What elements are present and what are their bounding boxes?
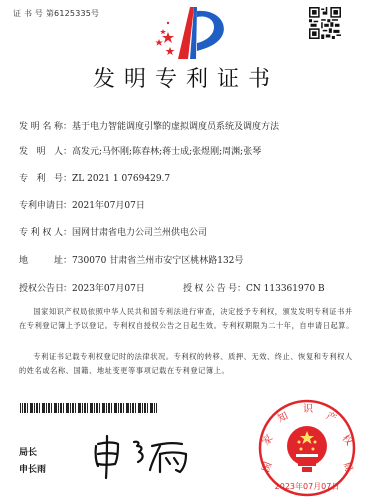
field-label: 发明名称 bbox=[19, 119, 63, 132]
grant-number-label: 授权公告号 bbox=[183, 281, 237, 294]
grant-number-value: CN 113361970 B bbox=[246, 284, 325, 294]
page-title: 发明专利证书 bbox=[0, 62, 372, 93]
barcode-icon bbox=[20, 403, 157, 413]
seal-date: 2023年07月07日 bbox=[275, 481, 340, 491]
field-patent-number: 专利号：ZL 2021 1 0769429.7 bbox=[19, 171, 170, 184]
grant-date-label: 授权公告日 bbox=[19, 281, 63, 294]
official-seal-icon: 国 家 知 识 产 权 局 2023年07月07日 bbox=[256, 398, 358, 498]
field-value: 730070 甘肃省兰州市安宁区桃林路132号 bbox=[72, 253, 243, 266]
certification-paragraph: 国家知识产权局依照中华人民共和国专利法进行审查，决定授予专利权，颁发发明专利证书… bbox=[19, 305, 359, 333]
qr-code-icon bbox=[309, 7, 341, 39]
field-application-date: 专利申请日：2021年07月07日 bbox=[19, 198, 145, 211]
grant-date-value: 2023年07月07日 bbox=[72, 281, 145, 294]
director-name: 申长雨 bbox=[19, 462, 46, 475]
field-value: 2021年07月07日 bbox=[72, 198, 145, 211]
field-invention-name: 发明名称：基于电力智能调度引擎的虚拟调度员系统及调度方法 bbox=[19, 119, 279, 132]
legal-status-paragraph: 专利证书记载专利权登记时的法律状况。专利权的转移、质押、无效、终止、恢复和专利权… bbox=[19, 350, 359, 378]
field-value: 国网甘肃省电力公司兰州供电公司 bbox=[72, 225, 207, 238]
field-value: 高发元;马怀刚;陈春林;蒋士成;张煜刚;周渊;张琴 bbox=[72, 144, 261, 157]
field-inventors: 发明人：高发元;马怀刚;陈春林;蒋士成;张煜刚;周渊;张琴 bbox=[19, 144, 261, 157]
field-address: 地址：730070 甘肃省兰州市安宁区桃林路132号 bbox=[19, 253, 243, 266]
field-label: 专利申请日 bbox=[19, 198, 63, 211]
field-patentee: 专利权人：国网甘肃省电力公司兰州供电公司 bbox=[19, 225, 207, 238]
director-title: 局长 bbox=[19, 445, 37, 458]
cnipa-logo-icon bbox=[150, 5, 224, 60]
field-value: 基于电力智能调度引擎的虚拟调度员系统及调度方法 bbox=[72, 119, 279, 132]
svg-text:识: 识 bbox=[303, 403, 314, 415]
signature-icon bbox=[90, 432, 200, 480]
field-label: 专利号 bbox=[19, 171, 63, 184]
grant-date: 授权公告日：2023年07月07日 bbox=[19, 281, 145, 294]
field-label: 发明人 bbox=[19, 144, 63, 157]
field-label: 专利权人 bbox=[19, 225, 63, 238]
grant-number: 授权公告号：CN 113361970 B bbox=[183, 281, 325, 294]
certificate-number: 证 书 号 第6125335号 bbox=[13, 8, 99, 19]
field-label: 地址 bbox=[19, 253, 63, 266]
field-value: ZL 2021 1 0769429.7 bbox=[72, 174, 170, 184]
